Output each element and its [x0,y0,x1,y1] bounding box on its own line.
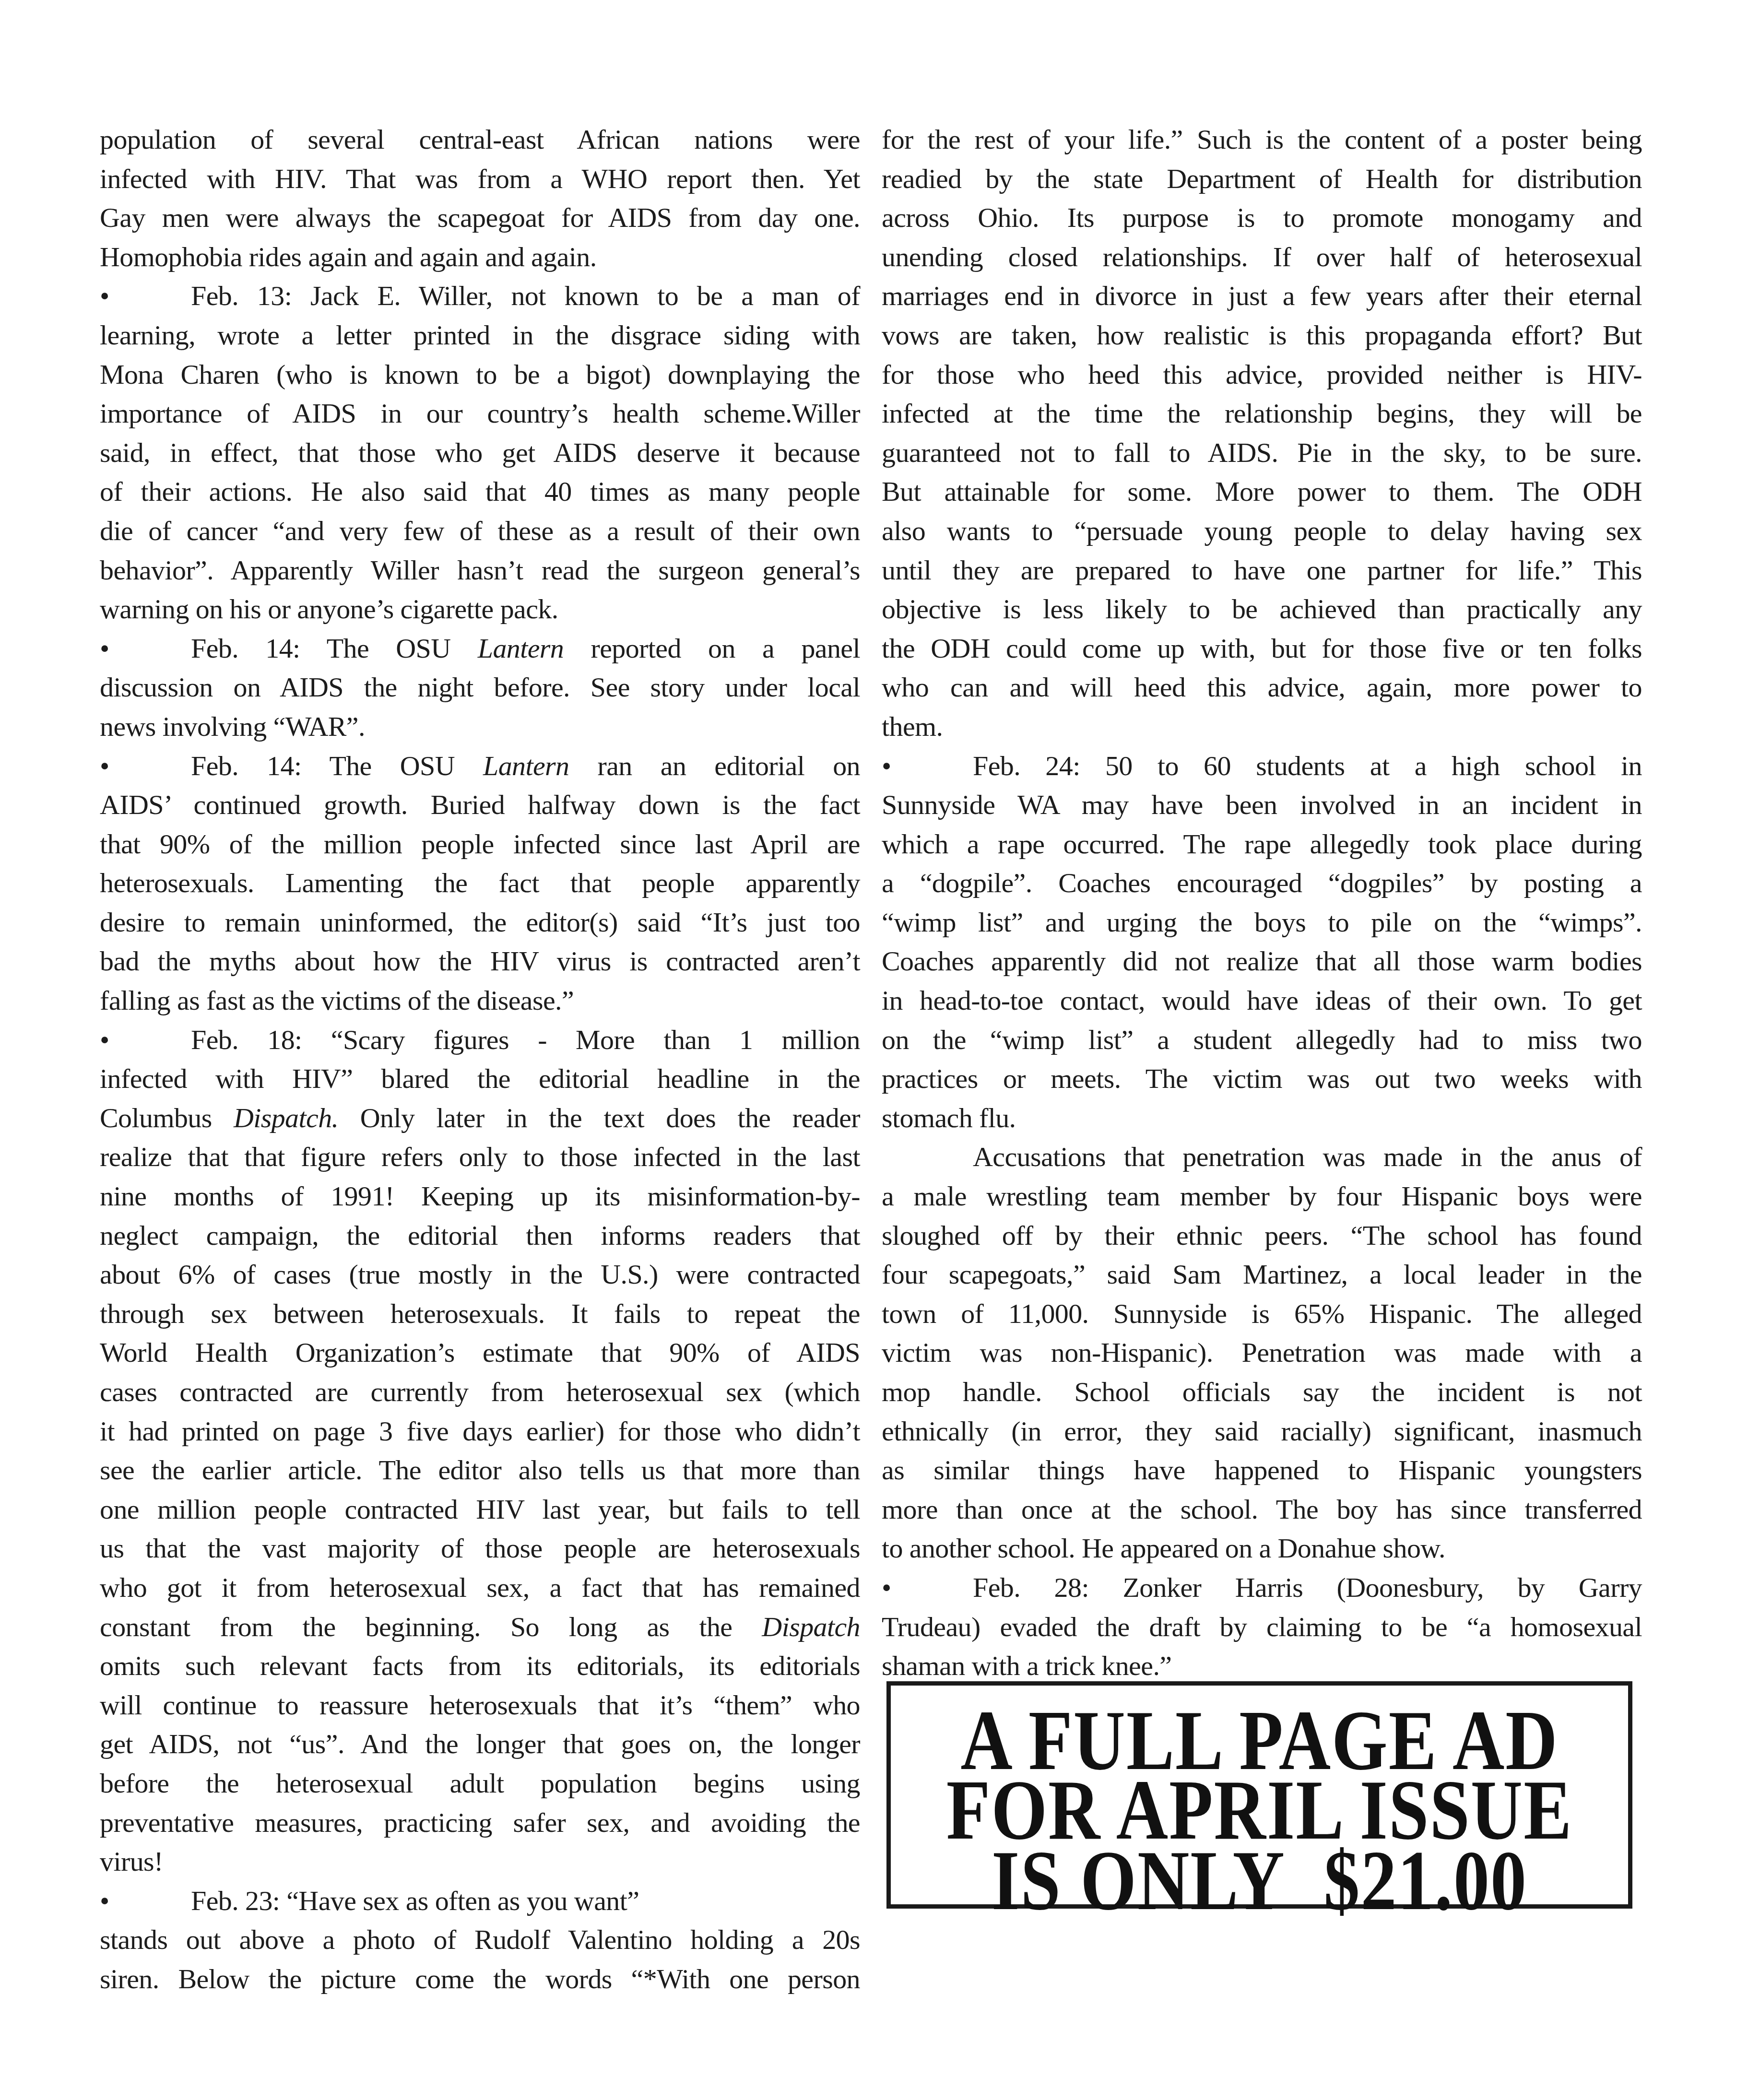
text-line: that 90% of the million people infected … [100,825,860,864]
text-line: infected with HIV. That was from a WHO r… [100,159,860,199]
text-line: Accusations that penetration was made in… [882,1137,1642,1177]
text-line: realize that that figure refers only to … [100,1137,860,1177]
text-segment: Feb. 28: Zonker Harris (Doonesbury, by G… [973,1572,1642,1603]
right-column: for the rest of your life.” Such is the … [882,120,1642,1686]
text-segment: infected with HIV. That was from a WHO r… [100,163,860,194]
text-segment: Sunnyside WA may have been involved in a… [882,789,1642,820]
text-segment: guaranteed not to fall to AIDS. Pie in t… [882,437,1642,468]
text-line: omits such relevant facts from its edito… [100,1646,860,1686]
advertisement-box: A FULL PAGE AD FOR APRIL ISSUE IS ONLY $… [886,1681,1632,1909]
text-segment: realize that that figure refers only to … [100,1141,860,1172]
text-segment: virus! [100,1846,163,1877]
text-segment: four scapegoats,” said Sam Martinez, a l… [882,1259,1642,1290]
text-segment: one million people contracted HIV last y… [100,1494,860,1525]
text-segment: sloughed off by their ethnic peers. “The… [882,1220,1642,1251]
text-segment: bad the myths about how the HIV virus is… [100,945,860,977]
bullet-icon: • [100,276,172,316]
text-segment: in head-to-toe contact, would have ideas… [882,985,1642,1016]
text-line: cases contracted are currently from hete… [100,1372,860,1412]
ad-price: $21.00 [1323,1834,1527,1928]
text-segment: Columbus [100,1102,234,1133]
bullet-icon: • [882,746,954,786]
text-segment: learning, wrote a letter printed in the … [100,319,860,351]
text-line: But attainable for some. More power to t… [882,472,1642,511]
text-segment: shaman with a trick knee.” [882,1650,1171,1681]
text-line: of their actions. He also said that 40 t… [100,472,860,511]
text-line: one million people contracted HIV last y… [100,1490,860,1529]
text-line: practices or meets. The victim was out t… [882,1059,1642,1098]
text-segment: die of cancer “and very few of these as … [100,515,860,546]
text-segment: discussion on AIDS the night before. See… [100,672,860,703]
text-segment: AIDS’ continued growth. Buried halfway d… [100,789,860,820]
text-segment: for those who heed this advice, provided… [882,359,1642,390]
text-segment: “wimp list” and urging the boys to pile … [882,907,1642,938]
text-line: a “dogpile”. Coaches encouraged “dogpile… [882,863,1642,903]
text-segment: get AIDS, not “us”. And the longer that … [100,1728,860,1759]
text-segment: across Ohio. Its purpose is to promote m… [882,202,1642,233]
text-segment: But attainable for some. More power to t… [882,476,1642,507]
text-segment: will continue to reassure heterosexuals … [100,1689,860,1721]
text-line: •Feb. 14: The OSU Lantern ran an editori… [100,746,860,786]
text-segment: see the earlier article. The editor also… [100,1454,860,1486]
text-segment: through sex between heterosexuals. It fa… [100,1298,860,1329]
text-segment: heterosexuals. Lamenting the fact that p… [100,867,860,898]
text-segment: reported on a panel [564,633,860,664]
text-line: for those who heed this advice, provided… [882,355,1642,394]
ad-text-is-only: IS ONLY [992,1834,1286,1928]
text-segment: objective is less likely to be achieved … [882,593,1642,625]
text-segment: ethnically (in error, they said racially… [882,1416,1642,1447]
text-segment: Coaches apparently did not realize that … [882,945,1642,977]
text-segment: until they are prepared to have one part… [882,554,1642,586]
text-line: across Ohio. Its purpose is to promote m… [882,198,1642,237]
text-line: before the heterosexual adult population… [100,1764,860,1803]
text-segment: omits such relevant facts from its edito… [100,1650,860,1681]
text-line: importance of AIDS in our country’s heal… [100,394,860,433]
text-line: to another school. He appeared on a Dona… [882,1529,1642,1568]
bullet-icon: • [100,1881,172,1921]
text-segment: which a rape occurred. The rape allegedl… [882,828,1642,860]
bullet-icon: • [100,629,172,668]
text-segment: us that the vast majority of those peopl… [100,1533,860,1564]
text-line: see the earlier article. The editor also… [100,1451,860,1490]
text-line: Mona Charen (who is known to be a bigot)… [100,355,860,394]
text-segment: desire to remain uninformed, the editor(… [100,907,860,938]
text-line: shaman with a trick knee.” [882,1646,1642,1686]
text-segment: Homophobia rides again and again and aga… [100,241,597,272]
text-segment: Accusations that penetration was made in… [973,1141,1642,1172]
text-line: mop handle. School officials say the inc… [882,1372,1642,1412]
text-line: it had printed on page 3 five days earli… [100,1412,860,1451]
text-line: •Feb. 13: Jack E. Willer, not known to b… [100,276,860,316]
text-line: ethnically (in error, they said racially… [882,1412,1642,1451]
text-line: which a rape occurred. The rape allegedl… [882,825,1642,864]
text-segment: news involving “WAR”. [100,711,365,742]
text-line: in head-to-toe contact, would have ideas… [882,981,1642,1020]
text-line: Homophobia rides again and again and aga… [100,237,860,277]
text-line: stomach flu. [882,1098,1642,1138]
text-segment: it had printed on page 3 five days earli… [100,1416,860,1447]
text-line: marriages end in divorce in just a few y… [882,276,1642,316]
text-segment: said, in effect, that those who get AIDS… [100,437,860,468]
text-line: about 6% of cases (true mostly in the U.… [100,1255,860,1294]
text-segment: Feb. 18: “Scary figures - More than 1 mi… [191,1024,860,1055]
text-line: news involving “WAR”. [100,707,860,746]
text-line: nine months of 1991! Keeping up its misi… [100,1177,860,1216]
text-line: heterosexuals. Lamenting the fact that p… [100,863,860,903]
text-line: also wants to “persuade young people to … [882,511,1642,551]
text-line: Trudeau) evaded the draft by claiming to… [882,1607,1642,1647]
text-line: for the rest of your life.” Such is the … [882,120,1642,159]
text-segment: as similar things have happened to Hispa… [882,1454,1642,1486]
text-segment: mop handle. School officials say the inc… [882,1376,1642,1407]
text-segment: readied by the state Department of Healt… [882,163,1642,194]
text-line: who can and will heed this advice, again… [882,668,1642,707]
text-segment: Feb. 13: Jack E. Willer, not known to be… [191,280,860,311]
text-line: sloughed off by their ethnic peers. “The… [882,1216,1642,1255]
text-segment: constant from the beginning. So long as … [100,1611,762,1642]
text-line: Gay men were always the scapegoat for AI… [100,198,860,237]
text-line: vows are taken, how realistic is this pr… [882,316,1642,355]
text-line: them. [882,707,1642,746]
text-line: more than once at the school. The boy ha… [882,1490,1642,1529]
text-segment: a male wrestling team member by four His… [882,1180,1642,1212]
text-segment: Feb. 23: “Have sex as often as you want” [191,1885,639,1916]
text-line: •Feb. 28: Zonker Harris (Doonesbury, by … [882,1568,1642,1607]
document-page: population of several central-east Afric… [0,0,1748,2100]
text-line: preventative measures, practicing safer … [100,1803,860,1842]
text-line: town of 11,000. Sunnyside is 65% Hispani… [882,1294,1642,1333]
publication-name: Dispatch [762,1611,860,1642]
text-line: said, in effect, that those who get AIDS… [100,433,860,472]
text-line: infected at the time the relationship be… [882,394,1642,433]
text-segment: importance of AIDS in our country’s heal… [100,398,860,429]
text-line: die of cancer “and very few of these as … [100,511,860,551]
text-segment: Gay men were always the scapegoat for AI… [100,202,860,233]
text-line: unending closed relationships. If over h… [882,237,1642,277]
text-segment: siren. Below the picture come the words … [100,1963,860,1994]
text-line: behavior”. Apparently Willer hasn’t read… [100,551,860,590]
text-segment: before the heterosexual adult population… [100,1768,860,1799]
text-segment: that 90% of the million people infected … [100,828,860,860]
text-segment: Only later in the text does the reader [338,1102,860,1133]
text-line: warning on his or anyone’s cigarette pac… [100,590,860,629]
text-segment: stands out above a photo of Rudolf Valen… [100,1924,860,1955]
text-line: •Feb. 18: “Scary figures - More than 1 m… [100,1020,860,1060]
text-segment: falling as fast as the victims of the di… [100,985,574,1016]
text-line: AIDS’ continued growth. Buried halfway d… [100,785,860,825]
text-line: Coaches apparently did not realize that … [882,942,1642,981]
text-segment: them. [882,711,943,742]
text-segment: vows are taken, how realistic is this pr… [882,319,1642,351]
text-segment: Feb. 14: The OSU [191,633,478,664]
text-segment: ran an editorial on [569,750,861,781]
text-segment: Feb. 14: The OSU [191,750,483,781]
text-line: get AIDS, not “us”. And the longer that … [100,1724,860,1764]
publication-name: Dispatch. [234,1102,339,1133]
text-segment: behavior”. Apparently Willer hasn’t read… [100,554,860,586]
text-segment: town of 11,000. Sunnyside is 65% Hispani… [882,1298,1642,1329]
text-line: will continue to reassure heterosexuals … [100,1686,860,1725]
text-line: four scapegoats,” said Sam Martinez, a l… [882,1255,1642,1294]
text-segment: cases contracted are currently from hete… [100,1376,860,1407]
text-segment: warning on his or anyone’s cigarette pac… [100,593,558,625]
text-line: objective is less likely to be achieved … [882,590,1642,629]
text-line: desire to remain uninformed, the editor(… [100,903,860,942]
text-line: •Feb. 23: “Have sex as often as you want… [100,1881,860,1921]
text-segment: the ODH could come up with, but for thos… [882,633,1642,664]
text-line: stands out above a photo of Rudolf Valen… [100,1920,860,1959]
left-column: population of several central-east Afric… [100,120,860,1999]
text-segment: about 6% of cases (true mostly in the U.… [100,1259,860,1290]
text-line: virus! [100,1842,860,1881]
text-line: infected with HIV” blared the editorial … [100,1059,860,1098]
text-segment: World Health Organization’s estimate tha… [100,1337,860,1368]
text-line: guaranteed not to fall to AIDS. Pie in t… [882,433,1642,472]
text-line: population of several central-east Afric… [100,120,860,159]
text-line: siren. Below the picture come the words … [100,1959,860,1999]
text-segment: of their actions. He also said that 40 t… [100,476,860,507]
text-line: through sex between heterosexuals. It fa… [100,1294,860,1333]
text-line: Sunnyside WA may have been involved in a… [882,785,1642,825]
text-segment: practices or meets. The victim was out t… [882,1063,1642,1094]
text-segment: for the rest of your life.” Such is the … [882,124,1642,155]
text-line: “wimp list” and urging the boys to pile … [882,903,1642,942]
text-segment: marriages end in divorce in just a few y… [882,280,1642,311]
text-segment: Mona Charen (who is known to be a bigot)… [100,359,860,390]
text-segment: on the “wimp list” a student allegedly h… [882,1024,1642,1055]
text-segment: victim was non-Hispanic). Penetration wa… [882,1337,1642,1368]
text-segment: also wants to “persuade young people to … [882,515,1642,546]
text-line: readied by the state Department of Healt… [882,159,1642,199]
ad-headline-line-3: IS ONLY $21.00 [891,1839,1628,1923]
bullet-icon: • [882,1568,954,1607]
text-line: •Feb. 14: The OSU Lantern reported on a … [100,629,860,668]
text-segment: stomach flu. [882,1102,1016,1133]
text-line: World Health Organization’s estimate tha… [100,1333,860,1372]
publication-name: Lantern [483,750,569,781]
text-line: Columbus Dispatch. Only later in the tex… [100,1098,860,1138]
publication-name: Lantern [478,633,564,664]
text-line: bad the myths about how the HIV virus is… [100,942,860,981]
text-segment: a “dogpile”. Coaches encouraged “dogpile… [882,867,1642,898]
text-segment: population of several central-east Afric… [100,124,860,155]
text-segment: Feb. 24: 50 to 60 students at a high sch… [973,750,1642,781]
text-line: a male wrestling team member by four His… [882,1177,1642,1216]
text-segment: unending closed relationships. If over h… [882,241,1642,272]
text-line: victim was non-Hispanic). Penetration wa… [882,1333,1642,1372]
text-segment: more than once at the school. The boy ha… [882,1494,1642,1525]
text-line: falling as fast as the victims of the di… [100,981,860,1020]
text-segment: infected with HIV” blared the editorial … [100,1063,860,1094]
text-segment: Trudeau) evaded the draft by claiming to… [882,1611,1642,1642]
text-line: constant from the beginning. So long as … [100,1607,860,1647]
text-line: as similar things have happened to Hispa… [882,1451,1642,1490]
text-segment: to another school. He appeared on a Dona… [882,1533,1445,1564]
text-line: learning, wrote a letter printed in the … [100,316,860,355]
text-line: •Feb. 24: 50 to 60 students at a high sc… [882,746,1642,786]
bullet-icon: • [100,746,172,786]
text-line: until they are prepared to have one part… [882,551,1642,590]
text-segment: nine months of 1991! Keeping up its misi… [100,1180,860,1212]
text-segment: who got it from heterosexual sex, a fact… [100,1572,860,1603]
text-line: who got it from heterosexual sex, a fact… [100,1568,860,1607]
bullet-icon: • [100,1020,172,1060]
text-line: us that the vast majority of those peopl… [100,1529,860,1568]
text-segment: infected at the time the relationship be… [882,398,1642,429]
text-line: the ODH could come up with, but for thos… [882,629,1642,668]
text-line: on the “wimp list” a student allegedly h… [882,1020,1642,1060]
text-line: neglect campaign, the editorial then inf… [100,1216,860,1255]
text-line: discussion on AIDS the night before. See… [100,668,860,707]
text-segment: neglect campaign, the editorial then inf… [100,1220,860,1251]
text-segment: who can and will heed this advice, again… [882,672,1642,703]
text-segment: preventative measures, practicing safer … [100,1807,860,1838]
